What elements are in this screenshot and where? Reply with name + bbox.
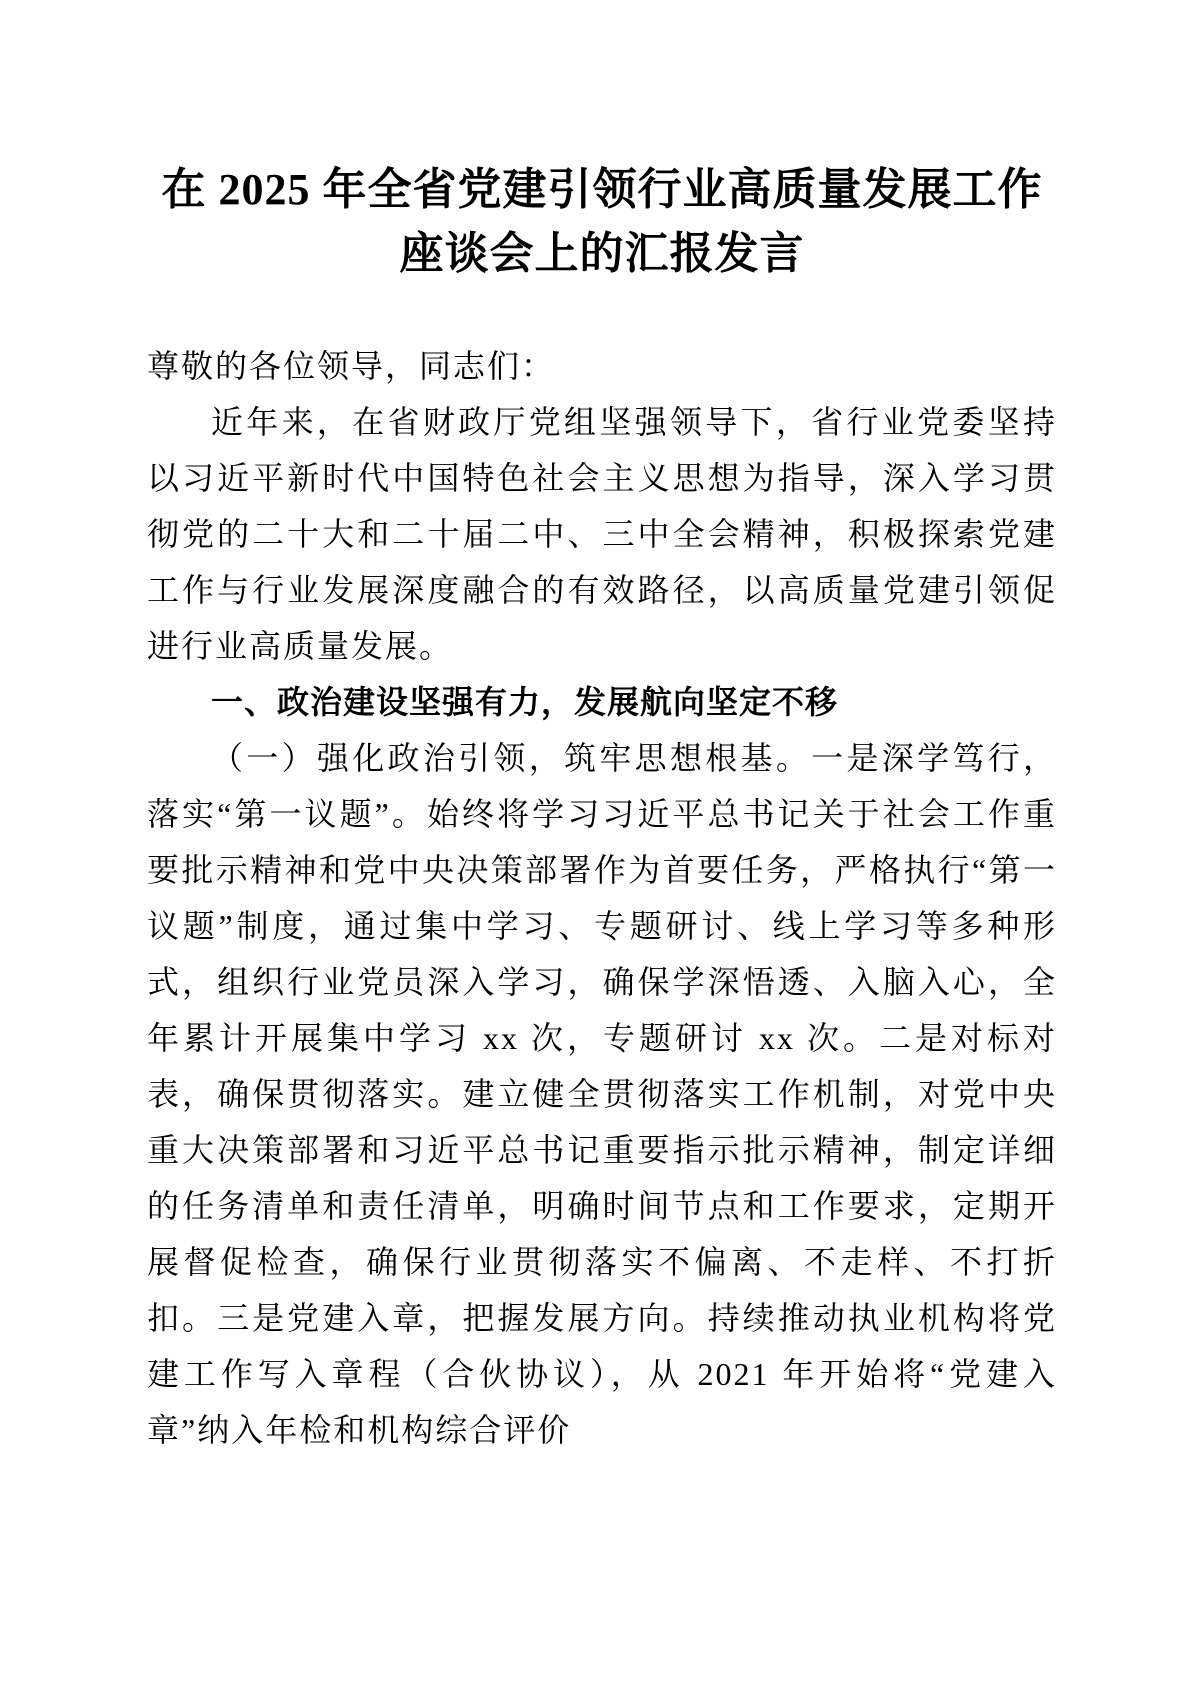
section-1-heading: 一、政治建设坚强有力，发展航向坚定不移 xyxy=(147,674,1057,730)
document-title: 在 2025 年全省党建引领行业高质量发展工作 座谈会上的汇报发言 xyxy=(147,158,1057,286)
salutation-line: 尊敬的各位领导，同志们： xyxy=(147,338,1057,394)
intro-paragraph: 近年来，在省财政厅党组坚强领导下，省行业党委坚持以习近平新时代中国特色社会主义思… xyxy=(147,394,1057,674)
document-page: 在 2025 年全省党建引领行业高质量发展工作 座谈会上的汇报发言 尊敬的各位领… xyxy=(0,0,1190,1683)
document-title-line-2: 座谈会上的汇报发言 xyxy=(147,222,1057,286)
section-1-paragraph: （一）强化政治引领，筑牢思想根基。一是深学笃行，落实“第一议题”。始终将学习习近… xyxy=(147,730,1057,1458)
document-title-line-1: 在 2025 年全省党建引领行业高质量发展工作 xyxy=(147,158,1057,222)
